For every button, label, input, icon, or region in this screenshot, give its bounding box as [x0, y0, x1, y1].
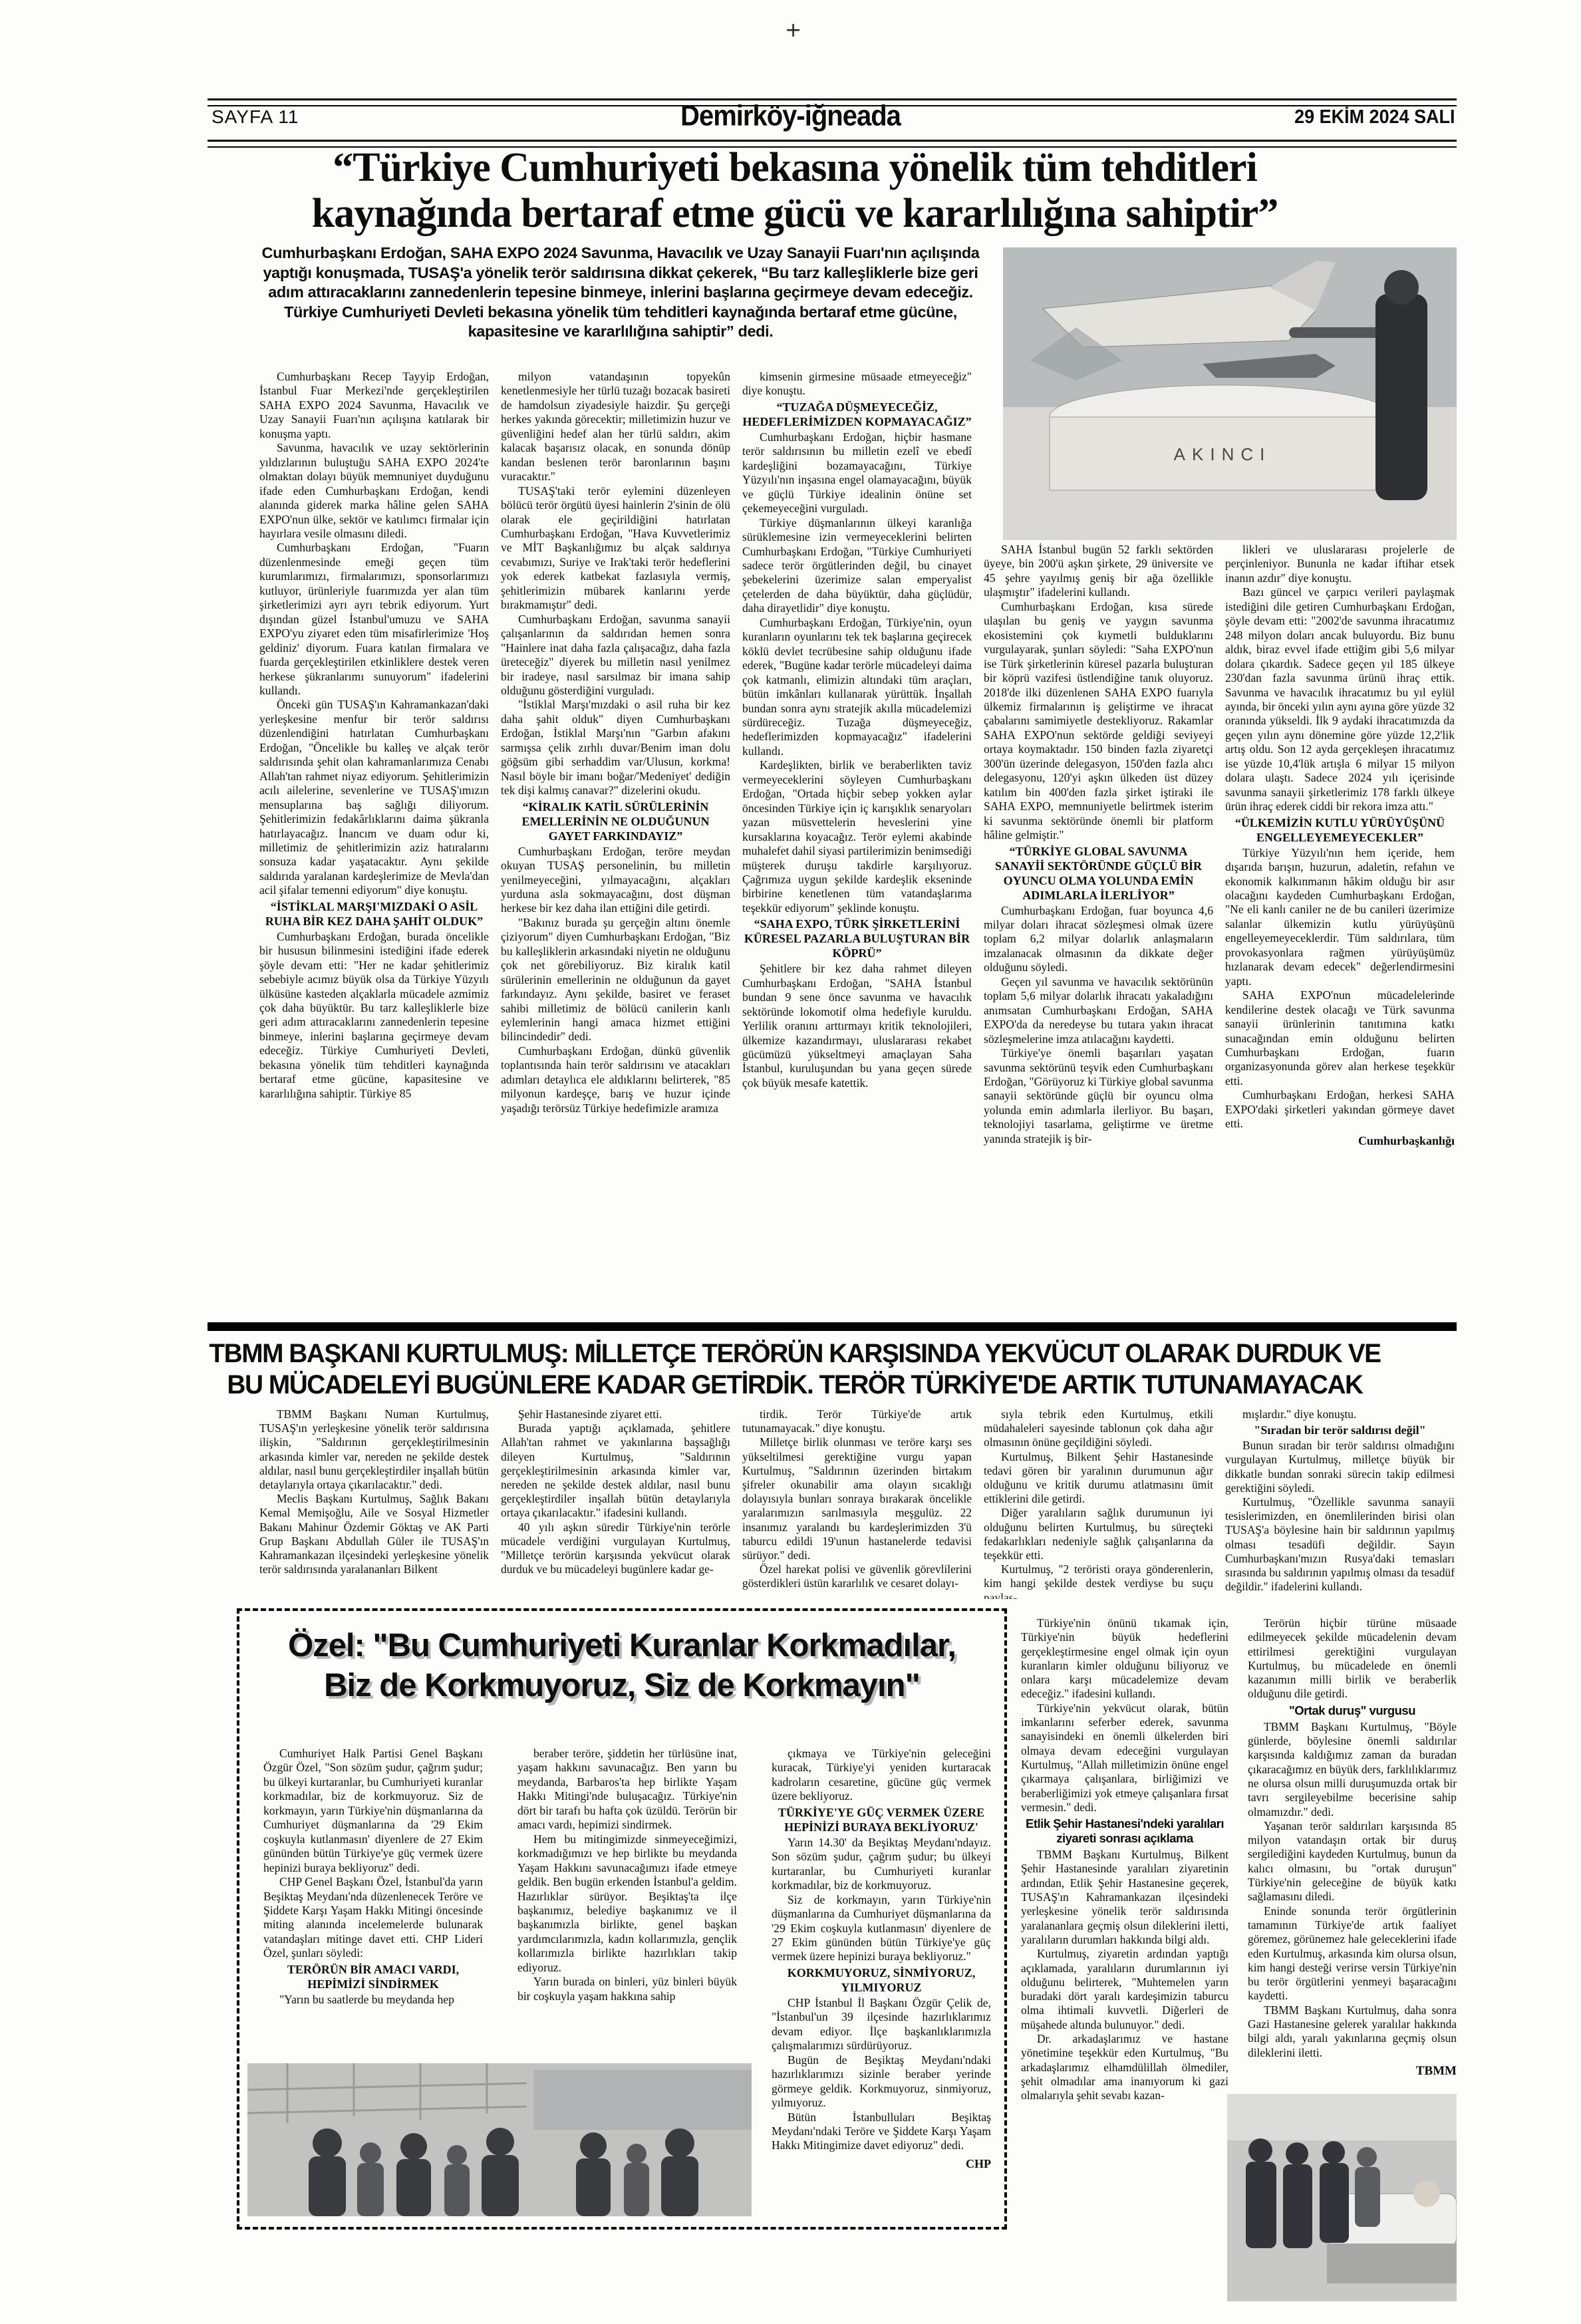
body-paragraph: Bunun sıradan bir terör saldırısı olmadı… [1225, 1439, 1455, 1495]
article2-column-2: Şehir Hastanesinde ziyaret etti.Burada y… [501, 1407, 730, 1599]
body-paragraph: Cumhurbaşkanı Erdoğan, Türkiye'nin, oyun… [742, 616, 972, 759]
column-subhead: TERÖRÜN BİR AMACI VARDI, HEPİMİZİ SİNDİR… [263, 1962, 483, 1991]
issue-date: 29 EKİM 2024 SALI [1294, 106, 1455, 128]
body-paragraph: Cumhurbaşkanı Erdoğan, dünkü güvenlik to… [501, 1044, 730, 1115]
article-signature: CHP [772, 2157, 991, 2171]
body-paragraph: Türkiye'nin yekvücut olarak, bütün imkan… [1021, 1701, 1228, 1815]
article1-columns: Cumhurbaşkanı Recep Tayyip Erdoğan, İsta… [259, 370, 1457, 1317]
article2-continuation-column-4: Türkiye'nin önünü tıkamak için, Türkiye'… [1021, 1616, 1228, 2303]
body-paragraph: Eninde sonunda terör örgütlerinin tamamı… [1248, 1904, 1457, 2003]
article1-lead: Cumhurbaşkanı Erdoğan, SAHA EXPO 2024 Sa… [247, 243, 994, 342]
article2-headline-line1: TBMM BAŞKANI KURTULMUŞ: MİLLETÇE TERÖRÜN… [185, 1338, 1404, 1370]
article1-column-5: likleri ve uluslararası projelerle de pe… [1225, 370, 1455, 1317]
body-paragraph: Dr. arkadaşlarımız ve hastane yönetimine… [1021, 2032, 1228, 2103]
body-paragraph: sıyla tebrik eden Kurtulmuş, etkili müda… [984, 1407, 1213, 1450]
article2-columns: TBMM Başkanı Numan Kurtulmuş, TUSAŞ'ın y… [259, 1407, 1457, 1599]
body-paragraph: beraber teröre, şiddetin her türlüsüne i… [517, 1747, 737, 1832]
body-paragraph: mışlardır." diye konuştu. [1225, 1407, 1455, 1421]
article3-column-1: Cumhuriyet Halk Partisi Genel Başkanı Öz… [263, 1747, 483, 2058]
body-paragraph: kimsenin girmesine müsaade etmeyeceğiz" … [742, 370, 972, 398]
besiktas-square-crowd-photo [247, 2063, 752, 2216]
body-paragraph: "Bakınız burada şu gerçeğin altını öneml… [501, 916, 730, 1044]
body-paragraph: TBMM Başkanı Kurtulmuş, "Böyle günlerde,… [1248, 1720, 1457, 1819]
body-paragraph: TUSAŞ'taki terör eylemini düzenleyen böl… [501, 484, 730, 613]
article1-column-4: SAHA İstanbul bugün 52 farklı sektörden … [984, 370, 1213, 1317]
body-paragraph: Türkiye'ye önemli başarıları yaşatan sav… [984, 1046, 1213, 1146]
body-paragraph: Siz de korkmayın, yarın Türkiye'nin düşm… [772, 1893, 991, 1964]
body-paragraph: Cumhurbaşkanı Erdoğan, savunma sanayii ç… [501, 613, 730, 698]
body-paragraph: Türkiye'nin önünü tıkamak için, Türkiye'… [1021, 1616, 1228, 1701]
body-paragraph: Şehir Hastanesinde ziyaret etti. [501, 1407, 730, 1421]
article3-headline-line2: Biz de Korkmuyoruz, Siz de Korkmayın" [246, 1666, 998, 1705]
article2-continuation-column-5: Terörün hiçbir türüne müsaade edilmeyece… [1248, 1616, 1457, 2082]
body-paragraph: TBMM Başkanı Kurtulmuş, daha sonra Gazi … [1248, 2003, 1457, 2060]
body-paragraph: Kurtulmuş, "Özellikle savunma sanayii te… [1225, 1495, 1455, 1594]
article3-column-2: beraber teröre, şiddetin her türlüsüne i… [517, 1747, 737, 2058]
article2-column-4: sıyla tebrik eden Kurtulmuş, etkili müda… [984, 1407, 1213, 1599]
body-paragraph: Cumhurbaşkanı Erdoğan, fuar boyunca 4,6 … [984, 904, 1213, 975]
body-paragraph: likleri ve uluslararası projelerle de pe… [1225, 543, 1455, 585]
body-paragraph: Türkiye düşmanlarının ülkeyi karanlığa s… [742, 516, 972, 616]
body-paragraph: Terörün hiçbir türüne müsaade edilmeyece… [1248, 1616, 1457, 1701]
body-paragraph: milyon vatandaşının topyekûn kenetlenmes… [501, 370, 730, 484]
body-paragraph: Burada yaptığı açıklamada, şehitlere All… [501, 1421, 730, 1520]
body-paragraph: Kardeşlikten, birlik ve beraberlikten ta… [742, 758, 972, 915]
column-subhead: “SAHA EXPO, TÜRK ŞİRKETLERİNİ KÜRESEL PA… [742, 917, 972, 960]
article1-column-3: kimsenin girmesine müsaade etmeyeceğiz" … [742, 370, 972, 1317]
column-subhead: “ÜLKEMİZİN KUTLU YÜRÜYÜŞÜNÜ ENGELLEYEMEY… [1225, 815, 1455, 845]
body-paragraph: Yarın 14.30' da Beşiktaş Meydanı'ndayız.… [772, 1836, 991, 1893]
column-subhead: Etlik Şehir Hastanesi'ndeki yaralıları z… [1021, 1816, 1228, 1846]
body-paragraph: "İstiklal Marşı'mızdaki o asil ruha bir … [501, 698, 730, 798]
body-paragraph: Türkiye Yüzyılı'nın hem içeride, hem dış… [1225, 846, 1455, 989]
article1-headline: “Türkiye Cumhuriyeti bekasına yönelik tü… [133, 145, 1457, 237]
column-subhead: "Sıradan bir terör saldırısı değil" [1225, 1423, 1455, 1437]
body-paragraph: Savunma, havacılık ve uzay sektörlerinin… [259, 441, 489, 541]
body-paragraph: 40 yılı aşkın süredir Türkiye'nin terörl… [501, 1521, 730, 1577]
body-paragraph: Cumhurbaşkanı Erdoğan, kısa sürede ulaşı… [984, 600, 1213, 843]
body-paragraph: Özel harekat polisi ve güvenlik görevlil… [742, 1562, 972, 1590]
body-paragraph: Meclis Başkanı Kurtulmuş, Sağlık Bakanı … [259, 1492, 489, 1576]
column-subhead: “İSTİKLAL MARŞI'MIZDAKİ O ASİL RUHA BİR … [259, 899, 489, 929]
article3-column-3: çıkmaya ve Türkiye'nin geleceğini kuraca… [772, 1747, 991, 2212]
body-paragraph: SAHA İstanbul bugün 52 farklı sektörden … [984, 543, 1213, 600]
body-paragraph: Önceki gün TUSAŞ'ın Kahramankazan'daki y… [259, 698, 489, 897]
body-paragraph: Hem bu mitingimizde sinmeyeceğimizi, kor… [517, 1832, 737, 1975]
article1-column-2: milyon vatandaşının topyekûn kenetlenmes… [501, 370, 730, 1317]
body-paragraph: Yaşanan terör saldırıları karşısında 85 … [1248, 1819, 1457, 1904]
column-subhead: “TUZAĞA DÜŞMEYECEĞİZ, HEDEFLERİMİZDEN KO… [742, 400, 972, 429]
article2-headline-line2: BU MÜCADELEYİ BUGÜNLERE KADAR GETİRDİK. … [185, 1370, 1404, 1401]
body-paragraph: Geçen yıl savunma ve havacılık sektörünü… [984, 975, 1213, 1046]
body-paragraph: çıkmaya ve Türkiye'nin geleceğini kuraca… [772, 1747, 991, 1804]
section-divider-bar [208, 1322, 1457, 1331]
body-paragraph: Cumhuriyet Halk Partisi Genel Başkanı Öz… [263, 1747, 483, 1875]
article3-headline: Özel: "Bu Cumhuriyeti Kuranlar Korkmadıl… [246, 1626, 998, 1705]
body-paragraph: Şehitlere bir kez daha rahmet dileyen Cu… [742, 962, 972, 1090]
column-subhead: “TÜRKİYE GLOBAL SAVUNMA SANAYİİ SEKTÖRÜN… [984, 844, 1213, 903]
article1-column-1: Cumhurbaşkanı Recep Tayyip Erdoğan, İsta… [259, 370, 489, 1317]
body-paragraph: tirdik. Terör Türkiye'de artık tutunamay… [742, 1407, 972, 1435]
article1-headline-line1: “Türkiye Cumhuriyeti bekasına yönelik tü… [133, 145, 1457, 191]
article-signature: Cumhurbaşkanlığı [1225, 1134, 1455, 1148]
body-paragraph: SAHA EXPO'nun mücadelelerinde kendilerin… [1225, 988, 1455, 1088]
body-paragraph: Milletçe birlik olunması ve teröre karşı… [742, 1435, 972, 1562]
body-paragraph: "Yarın bu saatlerde bu meydanda hep [263, 1993, 483, 2007]
body-paragraph: Bugün de Beşiktaş Meydanı'ndaki hazırlık… [772, 2053, 991, 2110]
body-paragraph: Cumhurbaşkanı Erdoğan, hiçbir hasmane te… [742, 430, 972, 516]
column-subhead: "Ortak duruş" vurgusu [1248, 1703, 1457, 1718]
article3-headline-line1: Özel: "Bu Cumhuriyeti Kuranlar Korkmadıl… [246, 1626, 998, 1666]
column-subhead: “KİRALIK KATİL SÜRÜLERİNİN EMELLERİNİN N… [501, 799, 730, 843]
article2-column-3: tirdik. Terör Türkiye'de artık tutunamay… [742, 1407, 972, 1599]
article-signature: TBMM [1248, 2064, 1457, 2079]
registration-mark: + [785, 19, 801, 42]
hospital-bedside-visit-photo [1227, 2094, 1457, 2301]
body-paragraph: Kurtulmuş, ziyaretin ardından yaptığı aç… [1021, 1947, 1228, 2032]
body-paragraph: Cumhurbaşkanı Recep Tayyip Erdoğan, İsta… [259, 370, 489, 441]
body-paragraph: TBMM Başkanı Numan Kurtulmuş, TUSAŞ'ın y… [259, 1407, 489, 1492]
body-paragraph: Kurtulmuş, Bilkent Şehir Hastanesinde te… [984, 1450, 1213, 1507]
body-paragraph: Bazı güncel ve çarpıcı verileri paylaşma… [1225, 585, 1455, 813]
column-subhead: KORKMUYORUZ, SİNMİYORUZ, YILMIYORUZ [772, 1965, 991, 1995]
column-subhead: TÜRKİYE'YE GÜÇ VERMEK ÜZERE HEPİNİZİ BUR… [772, 1805, 991, 1834]
newspaper-page: + SAYFA 11 Demirköy-iğneada 29 EKİM 2024… [0, 0, 1581, 2324]
article2-column-5: mışlardır." diye konuştu."Sıradan bir te… [1225, 1407, 1455, 1599]
body-paragraph: CHP Genel Başkanı Özel, İstanbul'da yarı… [263, 1875, 483, 1961]
body-paragraph: Yarın burada on binleri, yüz binleri büy… [517, 1975, 737, 2003]
body-paragraph: Cumhurbaşkanı Erdoğan, "Fuarın düzenlenm… [259, 541, 489, 698]
body-paragraph: Cumhurbaşkanı Erdoğan, burada öncelikle … [259, 930, 489, 1101]
body-paragraph: Cumhurbaşkanı Erdoğan, herkesi SAHA EXPO… [1225, 1088, 1455, 1131]
body-paragraph: Cumhurbaşkanı Erdoğan, teröre meydan oku… [501, 845, 730, 916]
body-paragraph: Bütün İstanbulluları Beşiktaş Meydanı'nd… [772, 2110, 991, 2153]
article2-headline: TBMM BAŞKANI KURTULMUŞ: MİLLETÇE TERÖRÜN… [185, 1338, 1404, 1401]
article1-headline-line2: kaynağında bertaraf etme gücü ve kararlı… [133, 191, 1457, 237]
body-paragraph: Diğer yaralıların sağlık durumunun iyi o… [984, 1506, 1213, 1562]
body-paragraph: TBMM Başkanı Kurtulmuş, Bilkent Şehir Ha… [1021, 1848, 1228, 1947]
body-paragraph: Kurtulmuş, "2 teröristi oraya gönderenle… [984, 1562, 1213, 1599]
body-paragraph: CHP İstanbul İl Başkanı Özgür Çelik de, … [772, 1996, 991, 2053]
article2-column-1: TBMM Başkanı Numan Kurtulmuş, TUSAŞ'ın y… [259, 1407, 489, 1599]
